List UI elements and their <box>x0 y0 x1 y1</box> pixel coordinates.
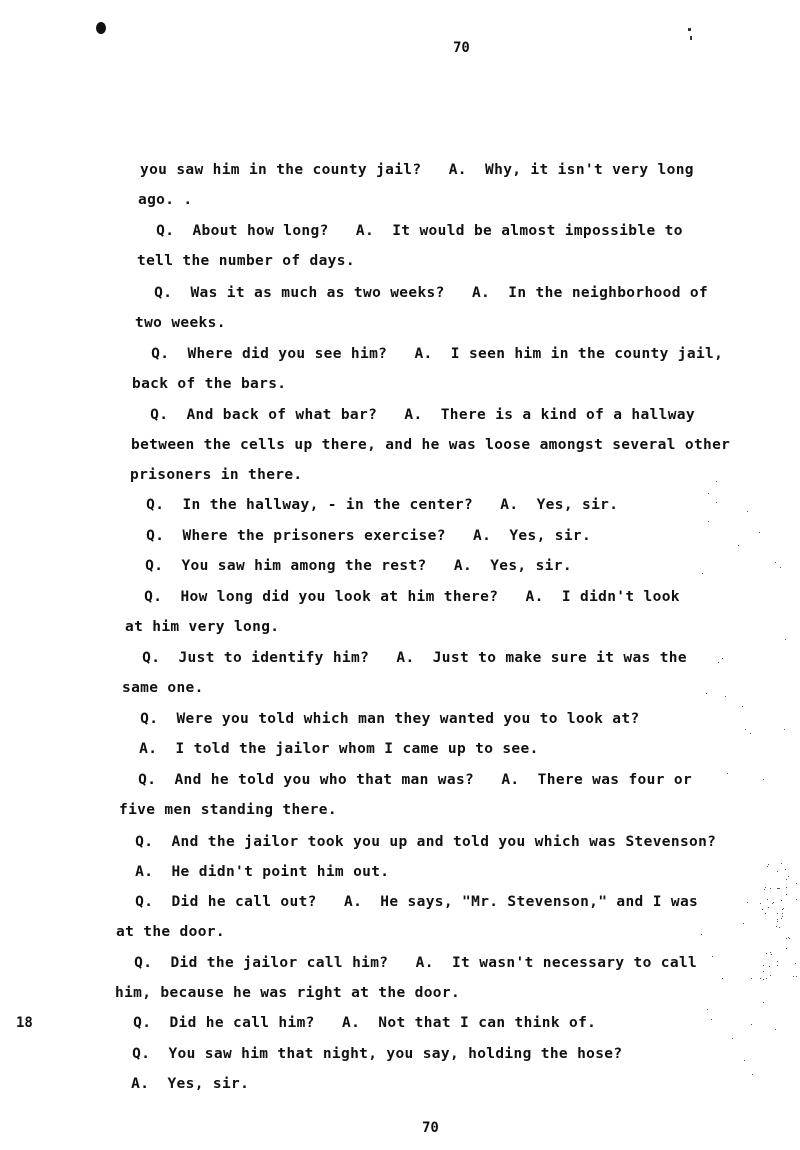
transcript-line: Q. Did he call him? A. Not that I can th… <box>115 1015 596 1031</box>
noise-dot <box>776 926 777 927</box>
transcript-line: ago. . <box>138 192 192 208</box>
noise-dot <box>764 889 765 890</box>
page-number-top: 70 <box>453 40 470 56</box>
noise-dot <box>786 894 787 895</box>
noise-dot <box>770 888 771 889</box>
noise-dot <box>722 978 723 979</box>
noise-dot <box>777 965 778 966</box>
noise-dot <box>793 976 794 977</box>
noise-dot <box>750 733 751 734</box>
noise-dot <box>778 888 779 889</box>
noise-dot <box>708 521 709 522</box>
noise-dot <box>702 573 703 574</box>
noise-dot <box>706 693 707 694</box>
noise-dot <box>773 902 774 903</box>
transcript-line: Q. Just to identify him? A. Just to make… <box>124 650 687 666</box>
noise-dot <box>779 888 780 889</box>
noise-dot <box>796 976 797 977</box>
noise-dot <box>788 937 789 938</box>
noise-dot <box>767 899 768 900</box>
transcript-line: Q. How long did you look at him there? A… <box>126 589 680 605</box>
transcript-line: A. Yes, sir. <box>113 1076 249 1092</box>
noise-dot <box>701 934 702 935</box>
ink-speck <box>688 28 691 31</box>
noise-dot <box>785 869 786 870</box>
noise-dot <box>759 532 760 533</box>
noise-dot <box>770 952 771 953</box>
transcript-line: A. I told the jailor whom I came up to s… <box>121 741 539 757</box>
noise-dot <box>766 978 767 979</box>
transcript-line: Q. And he told you who that man was? A. … <box>120 772 692 788</box>
transcript-line: you saw him in the county jail? A. Why, … <box>140 162 694 178</box>
noise-dot <box>716 502 717 503</box>
noise-dot <box>762 909 763 910</box>
noise-dot <box>789 938 790 939</box>
transcript-line: Q. Did he call out? A. He says, "Mr. Ste… <box>117 894 698 910</box>
transcript-line: five men standing there. <box>119 802 337 818</box>
noise-dot <box>763 779 764 780</box>
transcript-line: prisoners in there. <box>130 467 303 483</box>
transcript-line: Q. About how long? A. It would be almost… <box>138 223 683 239</box>
noise-dot <box>786 938 787 939</box>
transcript-line: between the cells up there, and he was l… <box>131 437 730 453</box>
transcript-line: A. He didn't point him out. <box>117 864 389 880</box>
transcript-line: at him very long. <box>125 619 279 635</box>
transcript-line: Q. And back of what bar? A. There is a k… <box>132 407 695 423</box>
noise-dot <box>768 864 769 865</box>
noise-dot <box>747 511 748 512</box>
noise-dot <box>772 903 773 904</box>
transcript-line: back of the bars. <box>132 376 286 392</box>
noise-dot <box>727 773 728 774</box>
noise-dot <box>718 662 719 663</box>
noise-dot <box>777 871 778 872</box>
noise-dot <box>768 907 769 908</box>
noise-dot <box>780 567 781 568</box>
noise-dot <box>796 899 797 900</box>
noise-dot <box>763 965 764 966</box>
transcript-line: Q. Where did you see him? A. I seen him … <box>133 346 723 362</box>
noise-dot <box>775 562 776 563</box>
transcript-line: Q. Did the jailor call him? A. It wasn't… <box>116 955 697 971</box>
transcript-line: Q. Were you told which man they wanted y… <box>122 711 640 727</box>
noise-dot <box>707 1009 708 1010</box>
ink-blot <box>96 22 106 34</box>
noise-dot <box>760 903 761 904</box>
transcript-line: him, because he was right at the door. <box>115 985 460 1001</box>
noise-dot <box>785 639 786 640</box>
noise-dot <box>783 908 784 909</box>
noise-dot <box>784 729 785 730</box>
noise-dot <box>743 923 744 924</box>
noise-dot <box>765 913 766 914</box>
noise-dot <box>732 1038 733 1039</box>
noise-dot <box>703 840 704 841</box>
noise-dot <box>786 948 787 949</box>
noise-dot <box>779 927 780 928</box>
noise-dot <box>775 1029 776 1030</box>
transcript-line: at the door. <box>116 924 225 940</box>
noise-dot <box>782 913 783 914</box>
transcript-line: same one. <box>122 680 204 696</box>
noise-dot <box>777 961 778 962</box>
noise-dot <box>777 919 778 920</box>
noise-dot <box>760 978 761 979</box>
noise-dot <box>751 1024 752 1025</box>
noise-dot <box>766 953 767 954</box>
noise-dot <box>744 1060 745 1061</box>
noise-dot <box>752 1074 753 1075</box>
transcript-line: two weeks. <box>135 315 226 331</box>
noise-dot <box>781 918 782 919</box>
noise-dot <box>722 658 723 659</box>
noise-dot <box>796 883 797 884</box>
transcript-line: Q. Where the prisoners exercise? A. Yes,… <box>128 528 591 544</box>
transcript-line: Q. In the hallway, - in the center? A. Y… <box>128 497 618 513</box>
transcript-line: Q. Was it as much as two weeks? A. In th… <box>136 285 708 301</box>
noise-dot <box>751 978 752 979</box>
noise-dot <box>770 975 771 976</box>
noise-dot <box>771 954 772 955</box>
noise-dot <box>763 971 764 972</box>
noise-dot <box>782 916 783 917</box>
noise-dot <box>763 1002 764 1003</box>
noise-dot <box>725 696 726 697</box>
noise-dot <box>763 979 764 980</box>
noise-dot <box>742 706 743 707</box>
noise-dot <box>745 729 746 730</box>
noise-dot <box>708 493 709 494</box>
noise-dot <box>738 545 739 546</box>
page-number-bottom: 70 <box>422 1120 439 1136</box>
transcript-line: Q. You saw him among the rest? A. Yes, s… <box>127 558 572 574</box>
noise-dot <box>795 963 796 964</box>
noise-dot <box>747 902 748 903</box>
noise-dot <box>788 876 789 877</box>
noise-dot <box>711 1019 712 1020</box>
noise-dot <box>786 887 787 888</box>
noise-dot <box>782 909 783 910</box>
transcript-line: Q. And the jailor took you up and told y… <box>117 834 716 850</box>
transcript-line: tell the number of days. <box>137 253 355 269</box>
noise-dot <box>769 966 770 967</box>
noise-dot <box>767 866 768 867</box>
noise-dot <box>781 900 782 901</box>
noise-dot <box>781 863 782 864</box>
noise-dot <box>777 913 778 914</box>
noise-dot <box>716 481 717 482</box>
ink-speck <box>690 36 692 40</box>
noise-dot <box>712 956 713 957</box>
noise-dot <box>777 921 778 922</box>
margin-number: 18 <box>16 1015 33 1031</box>
noise-dot <box>765 887 766 888</box>
transcript-line: Q. You saw him that night, you say, hold… <box>114 1046 622 1062</box>
noise-dot <box>786 879 787 880</box>
